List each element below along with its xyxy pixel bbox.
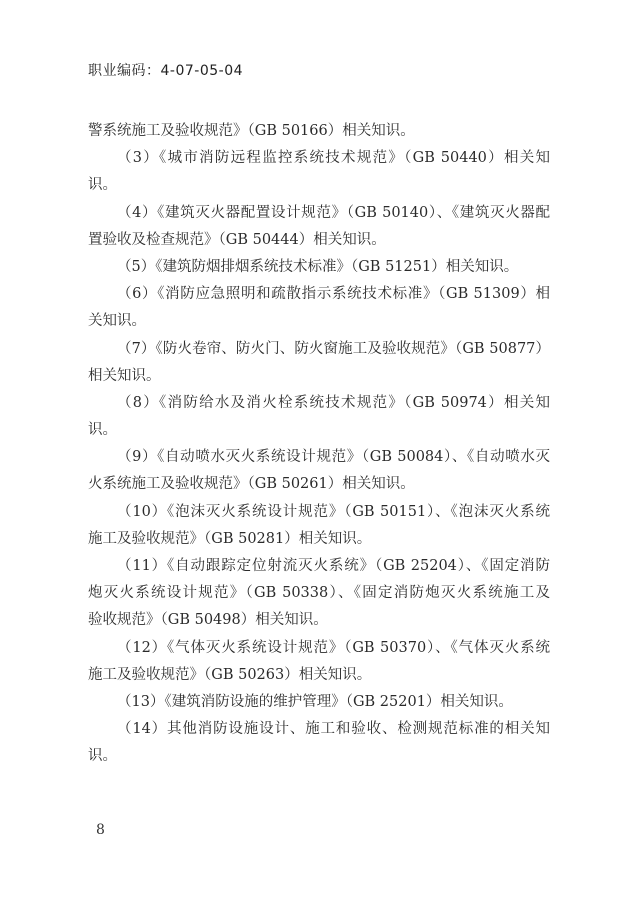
text-line: 施工及验收规范》（GB 50263）相关知识。 — [88, 662, 550, 689]
text-line: （8）《消防给水及消火栓系统技术规范》（GB 50974）相关知 — [88, 390, 550, 417]
text-line: （3）《城市消防远程监控系统技术规范》（GB 50440）相关知 — [88, 145, 550, 172]
text-line: （13）《建筑消防设施的维护管理》（GB 25201）相关知识。 — [88, 689, 550, 716]
occupation-code-header: 职业编码：4-07-05-04 — [88, 60, 243, 80]
text-line: 炮灭火系统设计规范》（GB 50338）、《固定消防炮灭火系统施工及 — [88, 580, 550, 607]
text-line: 相关知识。 — [88, 363, 550, 390]
text-line: （10）《泡沫灭火系统设计规范》（GB 50151）、《泡沫灭火系统 — [88, 499, 550, 526]
text-line: 识。 — [88, 172, 550, 199]
text-line: （5）《建筑防烟排烟系统技术标准》（GB 51251）相关知识。 — [88, 254, 550, 281]
text-line: （6）《消防应急照明和疏散指示系统技术标准》（GB 51309）相 — [88, 281, 550, 308]
text-line: 施工及验收规范》（GB 50281）相关知识。 — [88, 526, 550, 553]
text-line: 警系统施工及验收规范》（GB 50166）相关知识。 — [88, 118, 550, 145]
text-line: 识。 — [88, 743, 550, 770]
page-number: 8 — [96, 822, 105, 838]
text-line: （7）《防火卷帘、防火门、防火窗施工及验收规范》（GB 50877） — [88, 336, 550, 363]
text-line: 识。 — [88, 417, 550, 444]
text-line: 置验收及检查规范》（GB 50444）相关知识。 — [88, 227, 550, 254]
text-line: （4）《建筑灭火器配置设计规范》（GB 50140）、《建筑灭火器配 — [88, 200, 550, 227]
text-line: （11）《自动跟踪定位射流灭火系统》（GB 25204）、《固定消防 — [88, 553, 550, 580]
text-line: 火系统施工及验收规范》（GB 50261）相关知识。 — [88, 471, 550, 498]
text-line: （12）《气体灭火系统设计规范》（GB 50370）、《气体灭火系统 — [88, 635, 550, 662]
document-body: 警系统施工及验收规范》（GB 50166）相关知识。（3）《城市消防远程监控系统… — [88, 118, 550, 771]
text-line: （9）《自动喷水灭火系统设计规范》（GB 50084）、《自动喷水灭 — [88, 444, 550, 471]
text-line: 验收规范》（GB 50498）相关知识。 — [88, 607, 550, 634]
text-line: 关知识。 — [88, 308, 550, 335]
text-line: （14）其他消防设施设计、施工和验收、检测规范标准的相关知 — [88, 716, 550, 743]
